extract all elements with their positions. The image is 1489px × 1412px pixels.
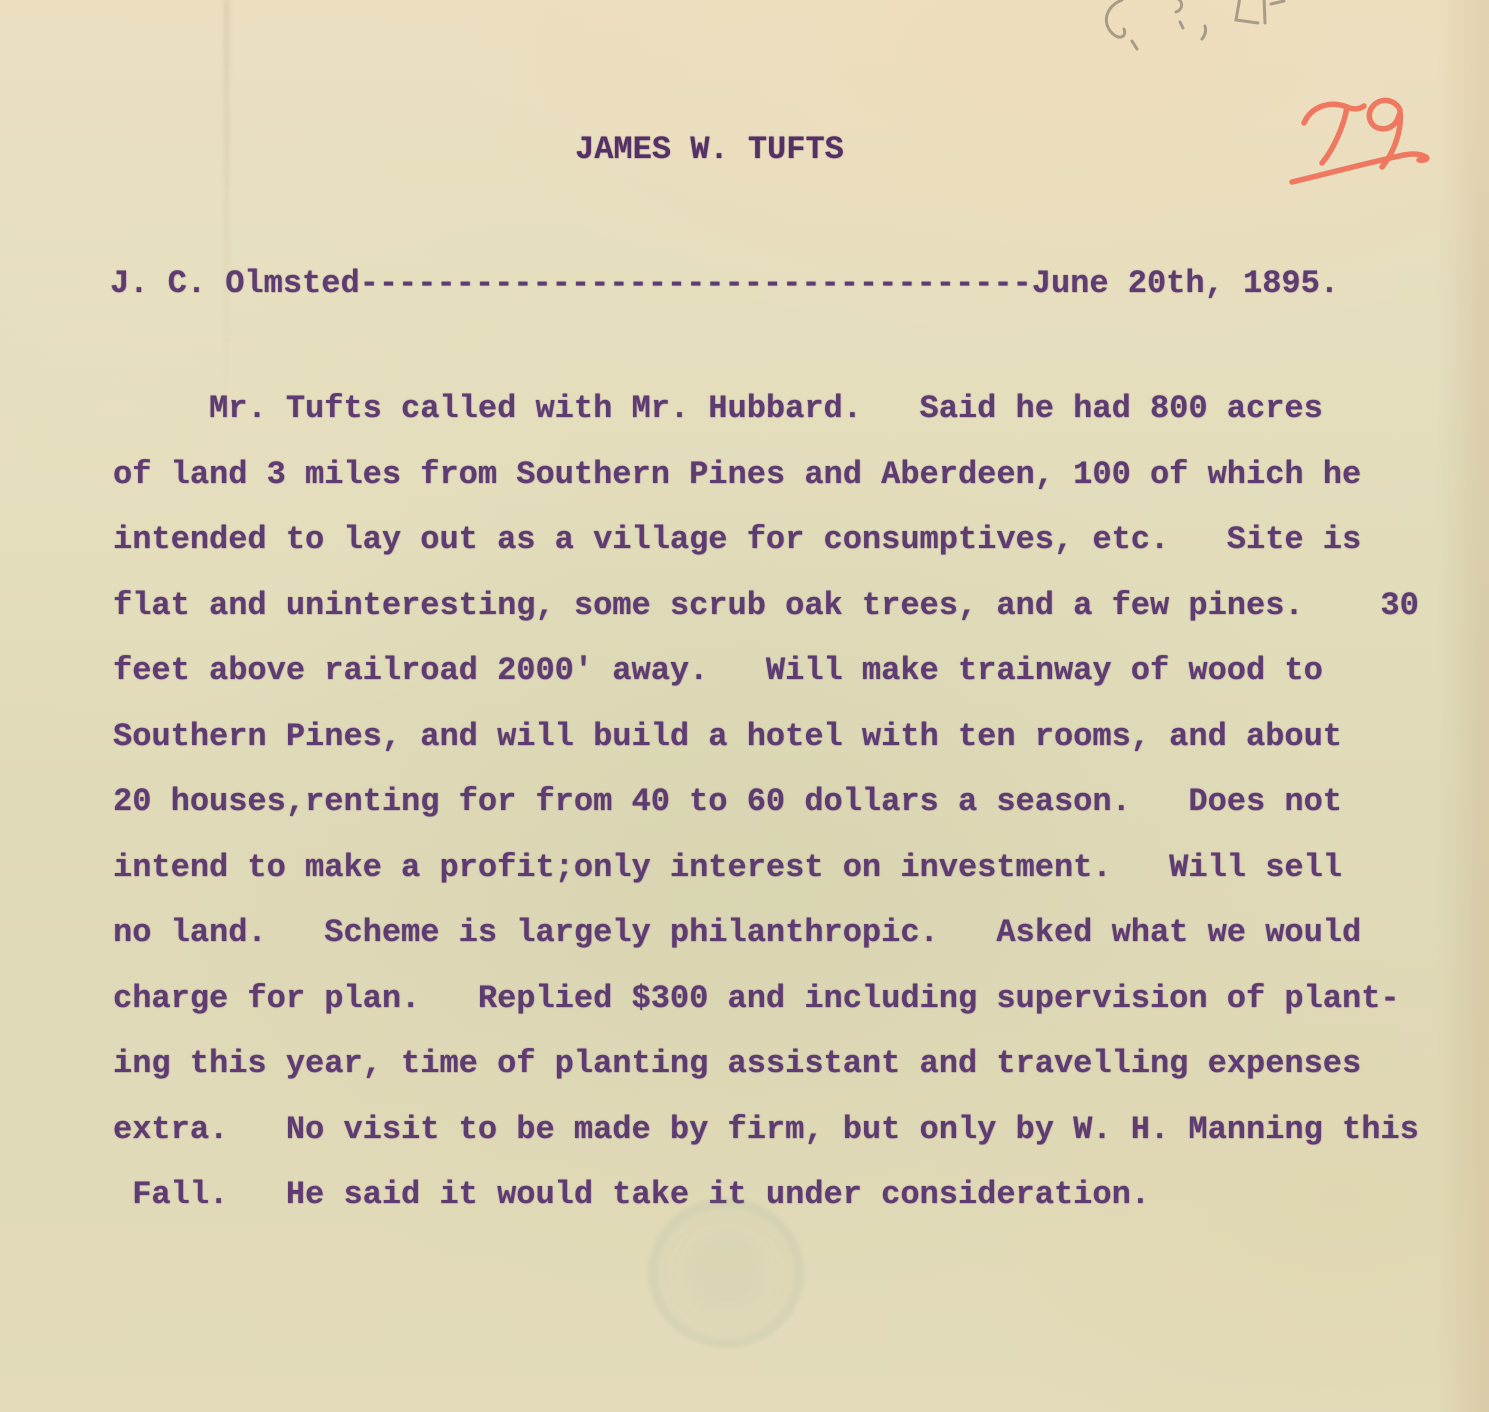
header-line: J. C. Olmsted---------------------------… [110,264,1339,304]
body-paragraph: Mr. Tufts called with Mr. Hubbard. Said … [113,376,1419,1228]
embossed-stamp-mark [648,1198,804,1348]
body-line: intend to make a profit;only interest on… [113,835,1419,901]
body-line: extra. No visit to be made by firm, but … [113,1097,1419,1163]
body-line: feet above railroad 2000' away. Will mak… [113,638,1419,704]
body-line: Southern Pines, and will build a hotel w… [113,704,1419,770]
scanned-document-page: JAMES W. TUFTS J. C. Olmsted------------… [0,0,1489,1412]
paper-crease [224,0,229,420]
body-line: flat and uninteresting, some scrub oak t… [113,573,1419,639]
dash-separator: ----------------------------------- [360,265,1032,302]
body-line: of land 3 miles from Southern Pines and … [113,442,1419,508]
pencil-scribble-mark [1088,0,1298,54]
body-line: no land. Scheme is largely philanthropic… [113,900,1419,966]
date: June 20th, 1895. [1032,265,1339,302]
body-line: charge for plan. Replied $300 and includ… [113,966,1419,1032]
body-line: ing this year, time of planting assistan… [113,1031,1419,1097]
handwritten-page-number [1278,92,1440,196]
addressee: J. C. Olmsted [110,265,360,302]
body-line: Mr. Tufts called with Mr. Hubbard. Said … [113,376,1419,442]
body-line: 20 houses,renting for from 40 to 60 doll… [113,769,1419,835]
body-line: intended to lay out as a village for con… [113,507,1419,573]
document-title: JAMES W. TUFTS [575,132,844,168]
